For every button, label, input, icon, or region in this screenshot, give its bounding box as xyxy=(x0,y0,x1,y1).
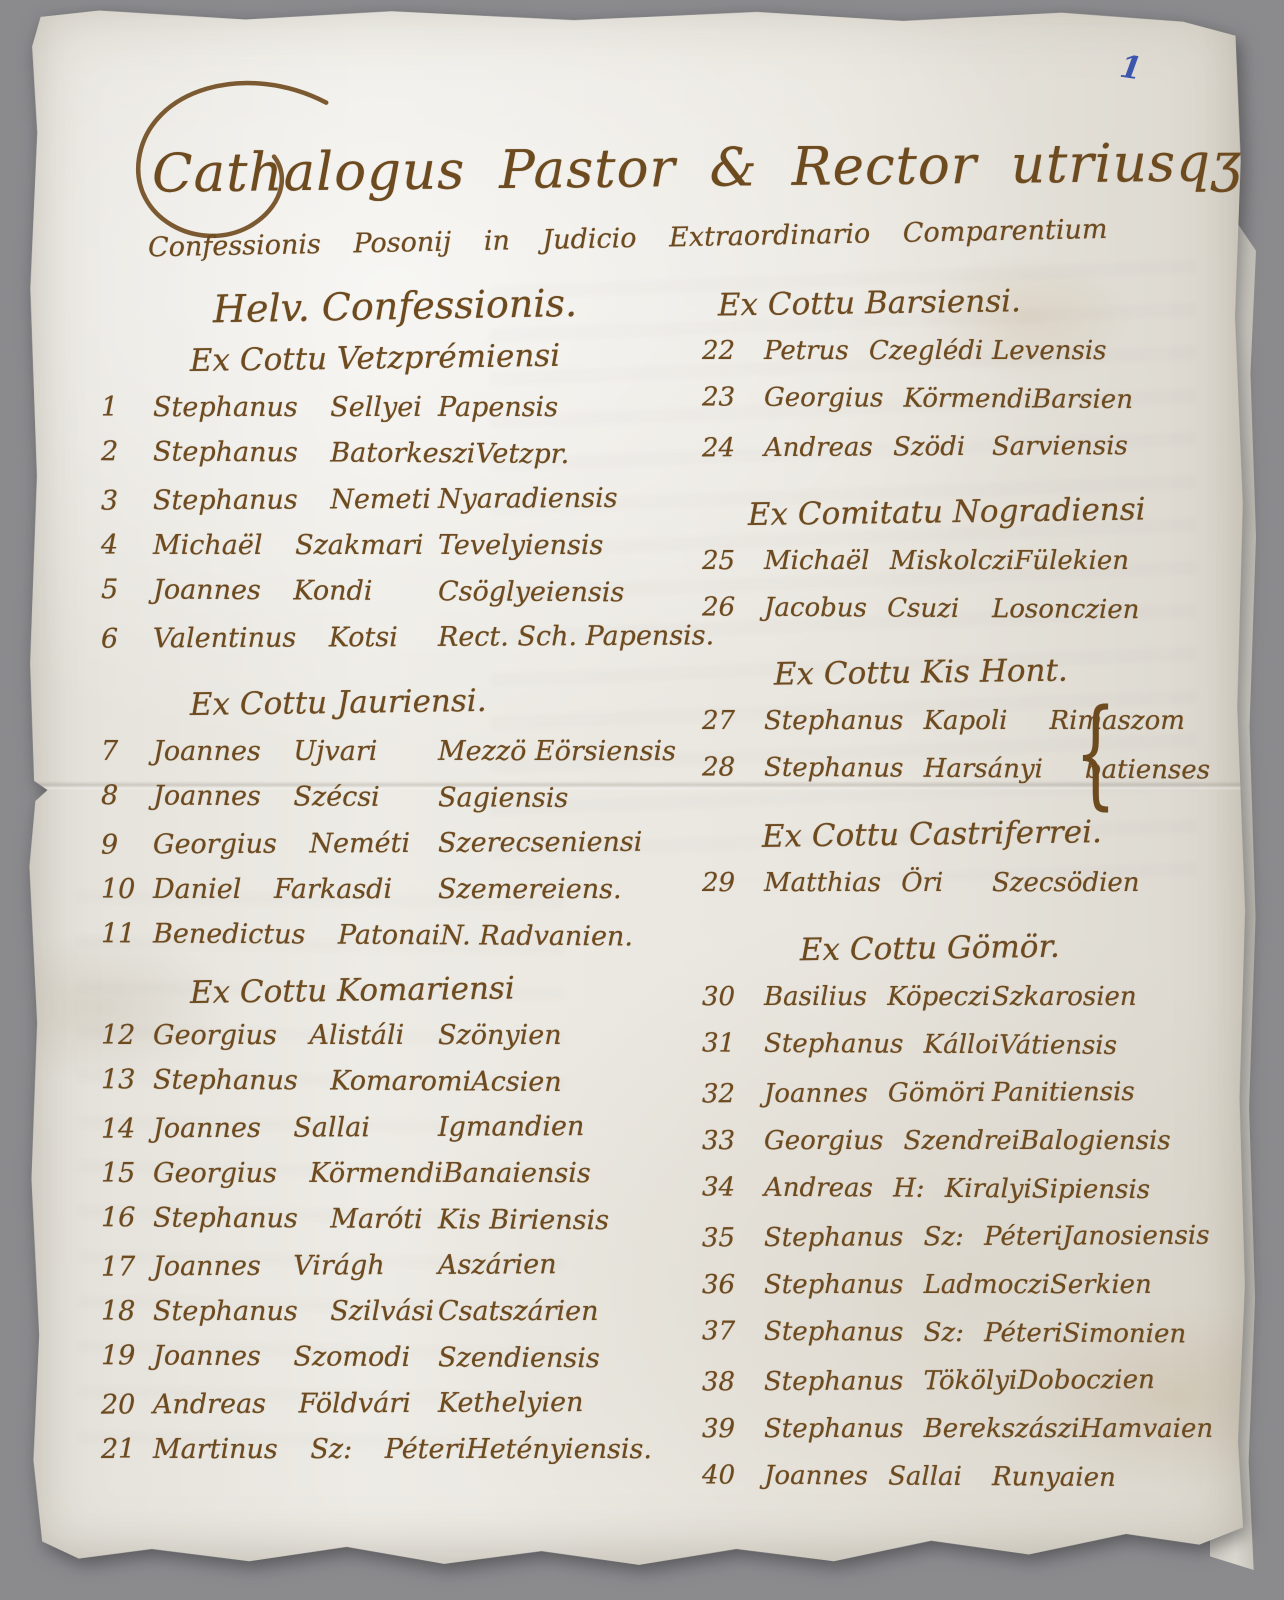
entry-number: 37 xyxy=(690,1316,764,1346)
entry-name: Joannes Szécsi xyxy=(153,780,438,813)
entry-row: 9 Georgius Neméti Szerecseniensi xyxy=(95,826,710,875)
entry-row: 16 Stephanus Maróti Kis Biriensis xyxy=(95,1202,710,1252)
entry-place: Sipiensis xyxy=(1032,1174,1240,1205)
entry-row: 19 Joannes Szomodi Szendiensis xyxy=(95,1340,710,1390)
entry-row: 36 Stephanus Ladmoczi Serkien xyxy=(690,1270,1240,1318)
entry-name: Joannes Szomodi xyxy=(153,1340,438,1373)
entry-number: 13 xyxy=(95,1064,153,1095)
entry-number: 14 xyxy=(95,1113,153,1144)
entry-name: Joannes Virágh xyxy=(153,1250,438,1282)
entry-place: Szönyien xyxy=(438,1020,710,1051)
section-heading: Ex Cottu Barsiensi. xyxy=(690,280,1241,340)
entry-number: 10 xyxy=(95,874,153,905)
entry-number: 23 xyxy=(690,382,764,412)
entry-place: Kethelyien xyxy=(438,1386,710,1418)
entry-row: 17 Joannes Virágh Aszárien xyxy=(95,1248,710,1297)
entry-place: Sarviensis xyxy=(992,431,1240,462)
entry-place: batienses xyxy=(1043,754,1240,785)
entry-name: Valentinus Kotsi xyxy=(153,622,438,654)
entry-name: Michaël Szakmari xyxy=(153,530,438,561)
entry-number: 34 xyxy=(690,1172,764,1202)
section-jaur: Ex Cottu Jauriensi. 7 Joannes Ujvari Mez… xyxy=(95,684,710,966)
entry-name: Andreas Földvári xyxy=(153,1388,438,1420)
entry-place: Nyaradiensis xyxy=(438,482,710,514)
entry-row: 37 Stephanus Sz: Péteri Simonien xyxy=(690,1316,1240,1367)
section-heading: Ex Cottu Jauriensi. xyxy=(95,680,711,741)
entry-name: Stephanus Nemeti xyxy=(153,484,438,516)
entry-number: 15 xyxy=(95,1158,153,1189)
entry-number: 26 xyxy=(690,592,764,622)
entry-row: 12 Georgius Alistáli Szönyien xyxy=(95,1020,710,1066)
section-heading: Ex Cottu Kis Hont. xyxy=(690,650,1241,710)
entry-place: Runyaien xyxy=(992,1462,1240,1494)
entry-row: 14 Joannes Sallai Igmandien xyxy=(95,1110,710,1159)
entry-row: 39 Stephanus Berekszászi Hamvaien xyxy=(690,1414,1240,1462)
entry-row: 15 Georgius Körmendi Banaiensis xyxy=(95,1158,710,1204)
entry-row: 21 Martinus Sz: Péteri Hetényiensis. xyxy=(95,1434,710,1480)
entry-place: Szkarosien xyxy=(992,982,1240,1012)
entry-name: Stephanus Sellyei xyxy=(153,392,438,423)
entry-number: 1 xyxy=(95,392,153,423)
entry-place: Hetényiensis. xyxy=(466,1434,710,1465)
entry-row: 40 Joannes Sallai Runyaien xyxy=(690,1460,1240,1511)
entry-number: 25 xyxy=(690,546,764,576)
entry-number: 19 xyxy=(95,1340,153,1371)
entry-place: Vátiensis xyxy=(999,1030,1240,1061)
entry-number: 29 xyxy=(690,868,764,898)
entry-name: Georgius Szendrei xyxy=(764,1126,1020,1156)
entry-row: 8 Joannes Szécsi Sagiensis xyxy=(95,780,710,830)
entry-list: 12 Georgius Alistáli Szönyien 13 Stephan… xyxy=(95,1020,710,1480)
entry-number: 5 xyxy=(95,574,153,605)
entry-name: Stephanus Sz: Péteri xyxy=(764,1317,1063,1349)
entry-name: Georgius Alistáli xyxy=(153,1020,438,1051)
entry-number: 33 xyxy=(690,1126,764,1156)
entry-place: Igmandien xyxy=(438,1110,710,1142)
entry-number: 16 xyxy=(95,1202,153,1233)
entry-place: Janosiensis xyxy=(1062,1221,1240,1252)
entry-place: Sagiensis xyxy=(438,782,710,815)
entry-row: 28 Stephanus Harsányi batienses xyxy=(690,752,1240,803)
entry-number: 8 xyxy=(95,780,153,811)
entry-place: Vetzpr. xyxy=(475,438,710,470)
entry-name: Georgius Neméti xyxy=(153,828,438,860)
entry-name: Stephanus Sz: Péteri xyxy=(764,1221,1063,1253)
entry-number: 20 xyxy=(95,1389,153,1420)
entry-list: 29 Matthias Öri Szecsödien xyxy=(690,868,1240,916)
entry-place: Szemereiens. xyxy=(438,874,710,905)
left-column: Helv. Confessionis. Ex Cottu Vetzprémien… xyxy=(95,284,710,1480)
entry-row: 18 Stephanus Szilvási Csatszárien xyxy=(95,1296,710,1342)
entry-place: Fülekien xyxy=(1014,546,1240,576)
entry-place: Doboczien xyxy=(1017,1365,1240,1396)
entry-row: 27 Stephanus Kapoli Rimaszom xyxy=(690,706,1240,754)
entry-row: 7 Joannes Ujvari Mezzö Eörsiensis xyxy=(95,736,710,782)
entry-row: 29 Matthias Öri Szecsödien xyxy=(690,868,1240,916)
entry-number: 4 xyxy=(95,530,153,561)
right-column: Ex Cottu Barsiensi. 22 Petrus Czeglédi L… xyxy=(690,284,1240,1510)
entry-place: Kis Biriensis xyxy=(438,1204,710,1237)
entry-row: 23 Georgius Körmendi Barsien xyxy=(690,382,1240,433)
document-title: Cathalogus Pastor & Rector utriusqʒ xyxy=(152,132,1223,204)
entry-list: 7 Joannes Ujvari Mezzö Eörsiensis 8 Joan… xyxy=(95,736,710,966)
entry-name: Petrus Czeglédi xyxy=(764,336,992,366)
entry-name: Georgius Körmendi xyxy=(153,1158,443,1189)
entry-name: Joannes Kondi xyxy=(153,574,438,607)
entry-number: 2 xyxy=(95,436,153,467)
section-heading: Ex Cottu Komariensi xyxy=(95,968,711,1025)
entry-name: Stephanus Kálloi xyxy=(764,1029,999,1060)
entry-row: 34 Andreas H: Kiralyi Sipiensis xyxy=(690,1172,1240,1223)
entry-row: 5 Joannes Kondi Csöglyeiensis xyxy=(95,574,710,624)
entry-number: 28 xyxy=(690,752,764,782)
entry-row: 30 Basilius Köpeczi Szkarosien xyxy=(690,982,1240,1030)
entry-list: 25 Michaël Miskolczi Fülekien 26 Jacobus… xyxy=(690,546,1240,642)
entry-name: Stephanus Maróti xyxy=(153,1202,438,1235)
entry-name: Stephanus Ladmoczi xyxy=(764,1270,1050,1300)
entry-place: Acsien xyxy=(471,1066,710,1098)
entry-place: Tevelyiensis xyxy=(438,530,710,561)
entry-row: 32 Joannes Gömöri Panitiensis xyxy=(690,1077,1240,1128)
entry-number: 3 xyxy=(95,485,153,516)
entry-name: Joannes Ujvari xyxy=(153,736,438,767)
entry-name: Georgius Körmendi xyxy=(764,383,1032,415)
entry-place: Serkien xyxy=(1050,1270,1240,1300)
entry-place: Hamvaien xyxy=(1080,1414,1240,1444)
entry-number: 22 xyxy=(690,336,764,366)
photo-background: 1 Cathalogus Pastor & Rector utriusqʒ Co… xyxy=(0,0,1284,1600)
entry-row: 2 Stephanus Batorkeszi Vetzpr. xyxy=(95,436,710,486)
entry-list: 30 Basilius Köpeczi Szkarosien 31 Stepha… xyxy=(690,982,1240,1510)
entry-name: Benedictus Patonai xyxy=(153,918,440,951)
entry-number: 30 xyxy=(690,982,764,1012)
entry-row: 13 Stephanus Komaromi Acsien xyxy=(95,1064,710,1114)
entry-place: Losonczien xyxy=(992,594,1240,626)
entry-row: 3 Stephanus Nemeti Nyaradiensis xyxy=(95,482,710,531)
entry-name: Basilius Köpeczi xyxy=(764,982,992,1012)
section-bars: Ex Cottu Barsiensi. 22 Petrus Czeglédi L… xyxy=(690,284,1240,480)
entry-row: 4 Michaël Szakmari Tevelyiensis xyxy=(95,530,710,576)
entry-row: 6 Valentinus Kotsi Rect. Sch. Papensis. xyxy=(95,620,710,669)
section-nograd: Ex Comitatu Nogradiensi 25 Michaël Misko… xyxy=(690,494,1240,642)
entry-row: 33 Georgius Szendrei Balogiensis xyxy=(690,1126,1240,1174)
entry-name: Stephanus Kapoli xyxy=(764,706,1008,736)
entry-number: 40 xyxy=(690,1460,764,1490)
entry-place: Rimaszom xyxy=(1008,706,1241,736)
entry-number: 36 xyxy=(690,1270,764,1300)
entry-name: Stephanus Komaromi xyxy=(153,1064,471,1097)
entry-row: 31 Stephanus Kálloi Vátiensis xyxy=(690,1028,1240,1079)
entry-row: 10 Daniel Farkasdi Szemereiens. xyxy=(95,874,710,920)
entry-place: Barsien xyxy=(1032,384,1240,415)
entry-place: Banaiensis xyxy=(443,1158,710,1189)
section-heading: Ex Cottu Castriferrei. xyxy=(690,812,1241,872)
entry-name: Joannes Sallai xyxy=(153,1112,438,1144)
entry-name: Joannes Gömöri xyxy=(764,1078,992,1109)
entry-name: Jacobus Csuzi xyxy=(764,593,992,624)
entry-number: 11 xyxy=(95,918,153,949)
entry-row: 1 Stephanus Sellyei Papensis xyxy=(95,392,710,438)
entry-number: 9 xyxy=(95,829,153,860)
section-heading: Ex Cottu Gömör. xyxy=(690,926,1241,986)
section-vetzprem: Ex Cottu Vetzprémiensi 1 Stephanus Selly… xyxy=(95,340,710,668)
entry-place: Rect. Sch. Papensis. xyxy=(438,620,714,652)
confession-heading: Helv. Confessionis. xyxy=(95,279,711,346)
entry-name: Daniel Farkasdi xyxy=(153,874,438,905)
entry-place: Aszárien xyxy=(438,1248,710,1280)
entry-number: 6 xyxy=(95,623,153,654)
entry-number: 21 xyxy=(95,1434,153,1465)
section-komarom: Ex Cottu Komariensi 12 Georgius Alistáli… xyxy=(95,972,710,1480)
entry-row: 11 Benedictus Patonai N. Radvanien. xyxy=(95,918,710,968)
entry-name: Andreas Szödi xyxy=(764,432,992,463)
entry-name: Stephanus Harsányi xyxy=(764,753,1043,785)
entry-place: Simonien xyxy=(1062,1319,1240,1350)
entry-row: 20 Andreas Földvári Kethelyien xyxy=(95,1386,710,1435)
entry-place: Mezzö Eörsiensis xyxy=(438,736,710,767)
section-castriferrei: Ex Cottu Castriferrei. 29 Matthias Öri S… xyxy=(690,816,1240,916)
entry-row: 25 Michaël Miskolczi Fülekien xyxy=(690,546,1240,594)
entry-name: Stephanus Szilvási xyxy=(153,1296,438,1327)
entry-name: Stephanus Berekszászi xyxy=(764,1414,1080,1444)
section-heading: Ex Cottu Vetzprémiensi xyxy=(95,336,711,397)
entry-number: 12 xyxy=(95,1020,153,1051)
entry-name: Stephanus Tökölyi xyxy=(764,1366,1017,1397)
entry-list: 22 Petrus Czeglédi Levensis 23 Georgius … xyxy=(690,336,1240,480)
entry-place: Szerecseniensi xyxy=(438,826,710,858)
entry-number: 18 xyxy=(95,1296,153,1327)
entry-name: Stephanus Batorkeszi xyxy=(153,436,476,469)
entry-row: 22 Petrus Czeglédi Levensis xyxy=(690,336,1240,384)
section-heading: Ex Comitatu Nogradiensi xyxy=(690,490,1241,550)
entry-list: 27 Stephanus Kapoli Rimaszom 28 Stephanu… xyxy=(690,706,1240,802)
entry-number: 39 xyxy=(690,1414,764,1444)
entry-place: Csatszárien xyxy=(438,1296,710,1327)
entry-number: 17 xyxy=(95,1251,153,1282)
entry-row: 38 Stephanus Tökölyi Doboczien xyxy=(690,1365,1240,1416)
entry-name: Matthias Öri xyxy=(764,868,992,898)
entry-number: 35 xyxy=(690,1223,764,1253)
entry-place: N. Radvanien. xyxy=(440,920,710,953)
entry-name: Andreas H: Kiralyi xyxy=(764,1173,1032,1205)
section-gomor: Ex Cottu Gömör. 30 Basilius Köpeczi Szka… xyxy=(690,930,1240,1510)
entry-name: Joannes Sallai xyxy=(764,1461,992,1492)
entry-name: Michaël Miskolczi xyxy=(764,546,1014,576)
entry-number: 31 xyxy=(690,1028,764,1058)
entry-place: Balogiensis xyxy=(1020,1126,1240,1156)
entry-number: 38 xyxy=(690,1367,764,1397)
entry-row: 35 Stephanus Sz: Péteri Janosiensis xyxy=(690,1221,1240,1272)
entry-place: Papensis xyxy=(438,392,710,423)
entry-number: 32 xyxy=(690,1079,764,1109)
entry-place: Szecsödien xyxy=(992,868,1240,898)
entry-number: 7 xyxy=(95,736,153,767)
entry-number: 27 xyxy=(690,706,764,736)
entry-row: 26 Jacobus Csuzi Losonczien xyxy=(690,592,1240,643)
entry-place: Panitiensis xyxy=(992,1077,1240,1108)
entry-place: Csöglyeiensis xyxy=(438,576,710,609)
entry-number: 24 xyxy=(690,433,764,463)
section-kishont: Ex Cottu Kis Hont. { 27 Stephanus Kapoli… xyxy=(690,654,1240,802)
entry-row: 24 Andreas Szödi Sarviensis xyxy=(690,431,1240,482)
entry-name: Martinus Sz: Péteri xyxy=(153,1434,466,1465)
entry-place: Levensis xyxy=(992,336,1240,366)
entry-place: Szendiensis xyxy=(438,1342,710,1375)
entry-list: 1 Stephanus Sellyei Papensis 2 Stephanus… xyxy=(95,392,710,668)
